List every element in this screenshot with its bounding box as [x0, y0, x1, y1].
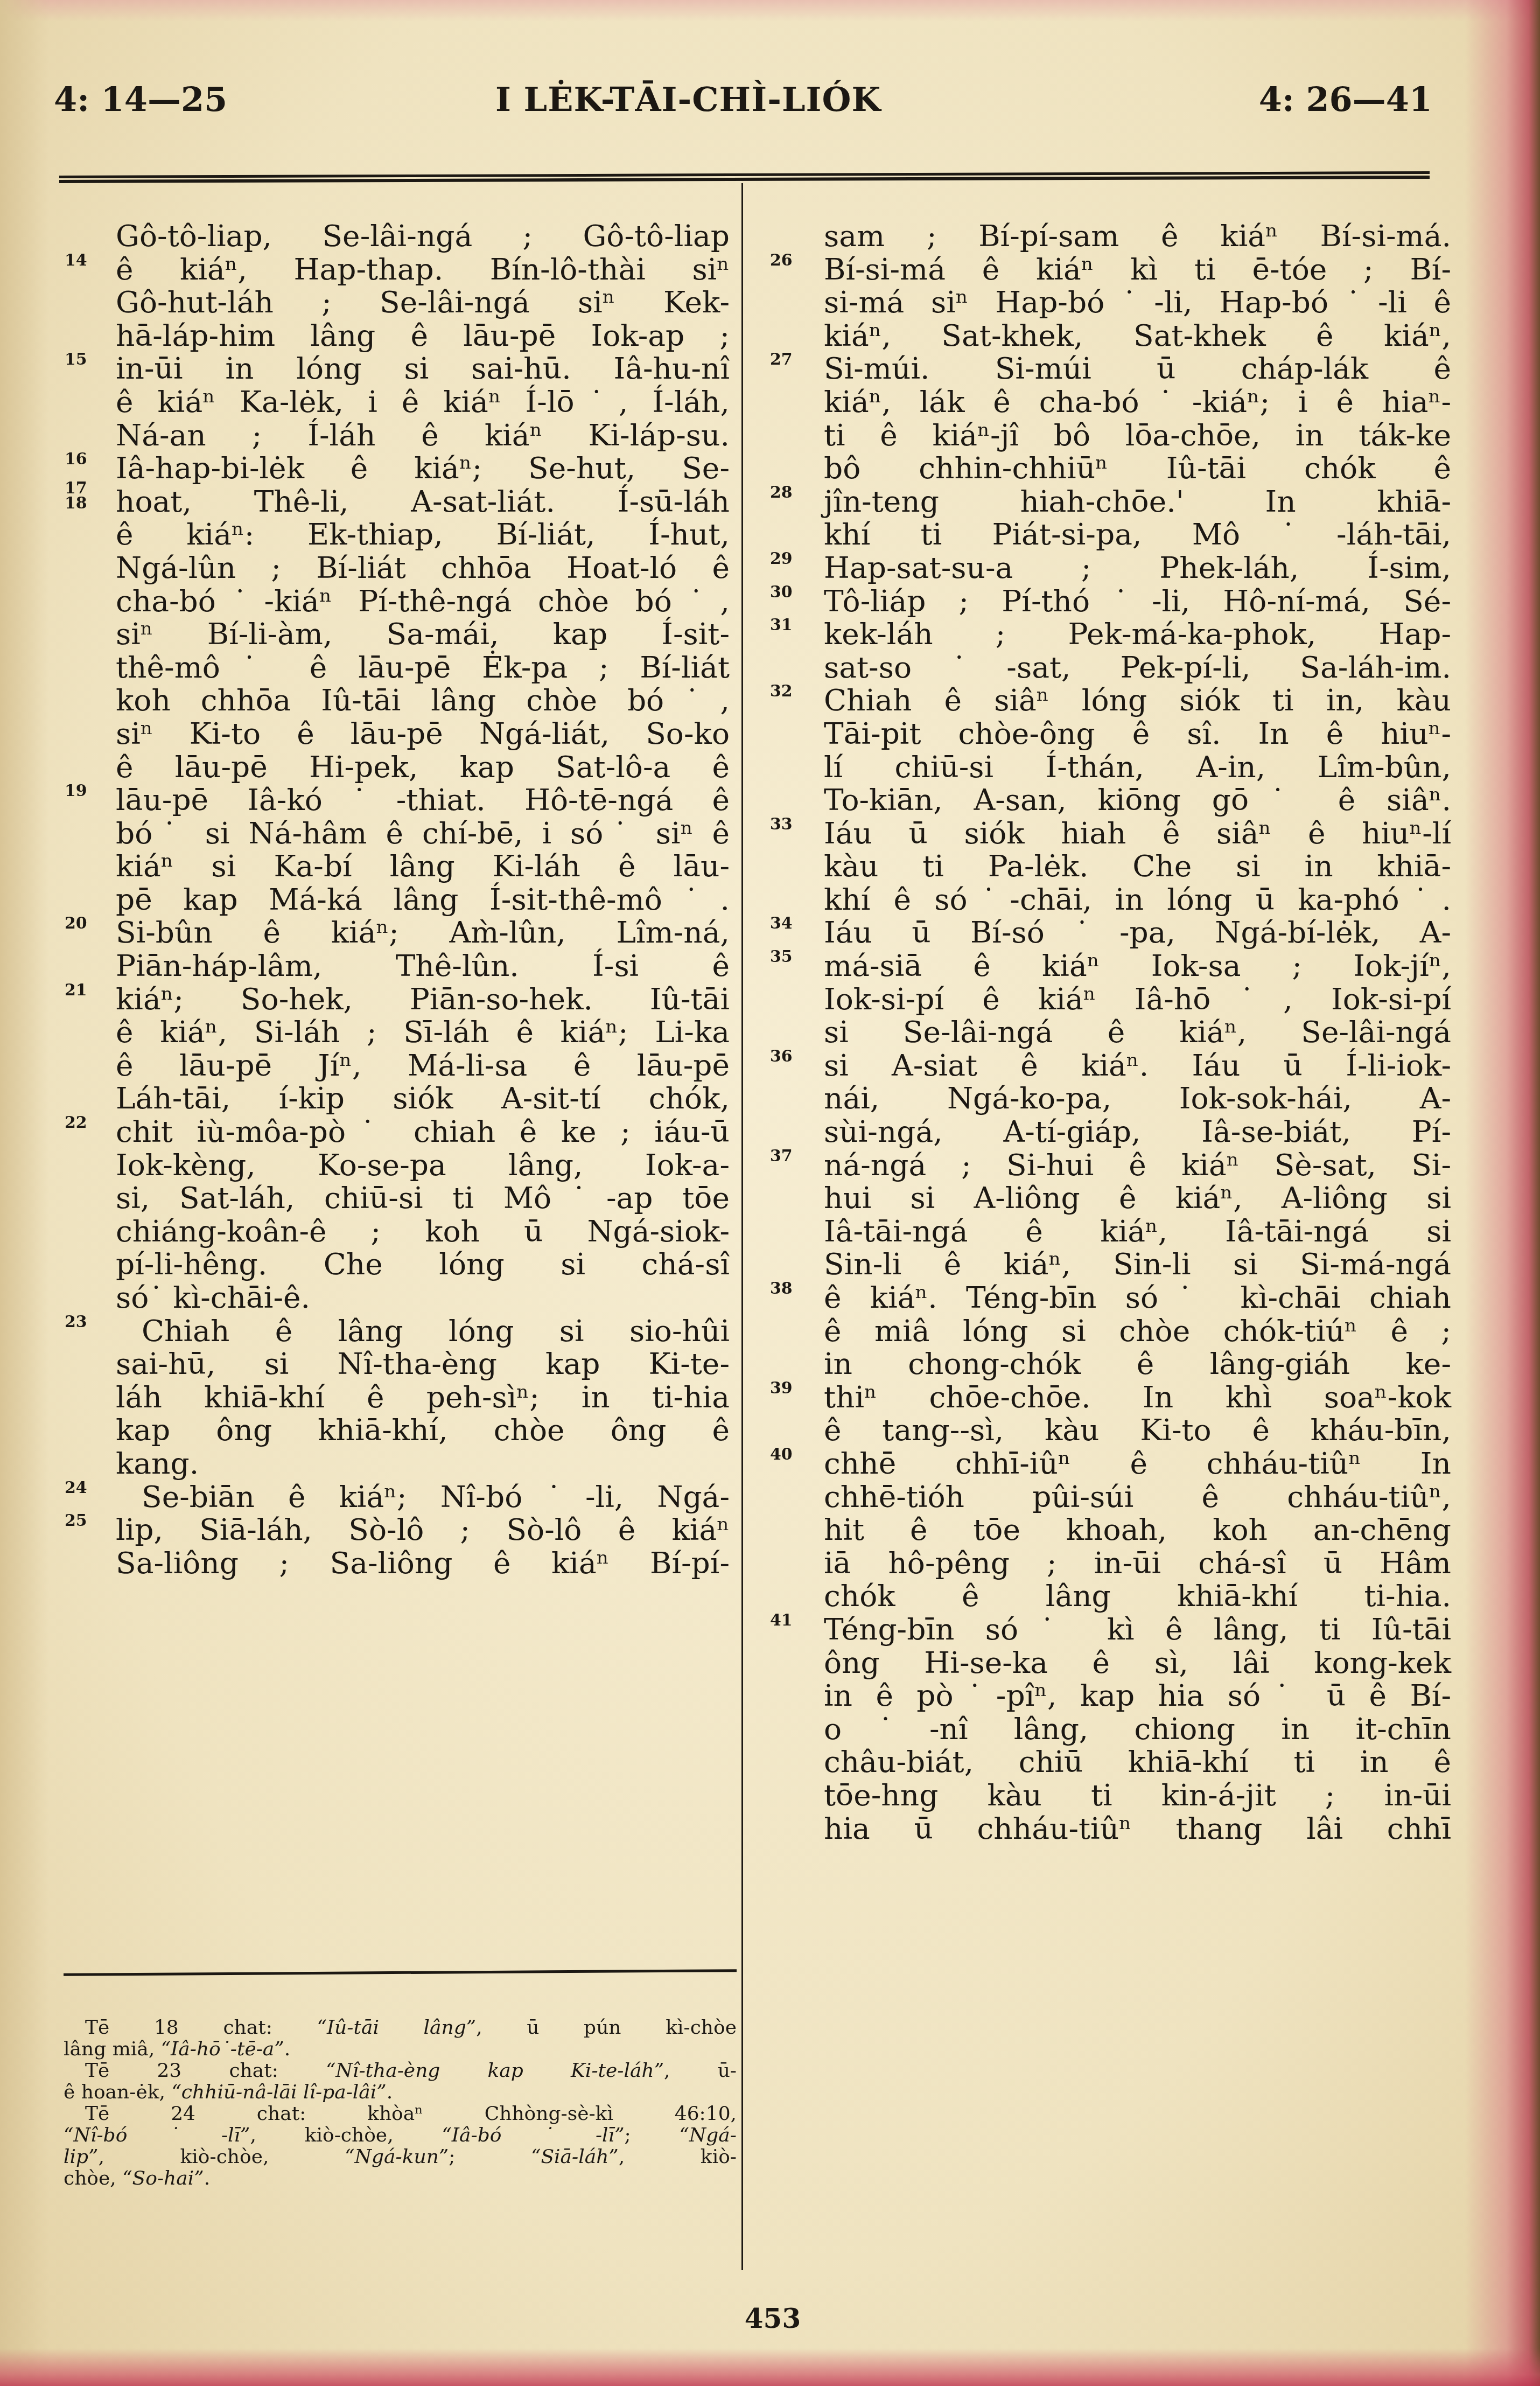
footnote-quote: “chhiū-nâ-lāi lî-pa-lâi”	[171, 2081, 386, 2103]
text-line: 27Si-múi. Si-múi ū cháp-lák ê	[770, 352, 1451, 386]
text-line: ê kiáⁿ: Ek-thiap, Bí-liát, Í-hut,	[65, 518, 730, 552]
footnote-quote: “Siā-láh”	[531, 2146, 619, 2168]
footnote-quote: “Iâ-hō˙-tē-a”	[161, 2038, 284, 2060]
verse-text: Si-bûn ê kiáⁿ; Am̀-lûn, Lîm-ná,	[116, 916, 730, 950]
text-line: 37ná-ngá ; Si-hui ê kiáⁿ Sè-sat, Si-	[770, 1149, 1451, 1182]
verse-text: Iâ-hap-bi-lėk ê kiáⁿ; Se-hut, Se-	[116, 452, 730, 485]
verse-text: kiáⁿ, Sat-khek, Sat-khek ê kiáⁿ,	[824, 319, 1451, 353]
verse-text: Ná-an ; Í-láh ê kiáⁿ Ki-láp-su.	[116, 419, 730, 452]
verse-text: sat-so˙-sat, Pek-pí-li, Sa-láh-im.	[824, 651, 1451, 685]
footnote-quote: “Ngá-kun”	[345, 2146, 449, 2168]
footnote-text: ê hoan-ėk,	[64, 2081, 171, 2103]
text-line: hā-láp-him lâng ê lāu-pē Iok-ap ;	[65, 319, 730, 353]
text-line: si-má siⁿ Hap-bó˙-li, Hap-bó˙-li ê	[770, 286, 1451, 319]
text-line: 21kiáⁿ; So-hek, Piān-so-hek. Iû-tāi	[65, 983, 730, 1016]
footnote-line: chòe, “So-hai”.	[64, 2168, 737, 2189]
verse-text: lip, Siā-láh, Sò-lô ; Sò-lô ê kiáⁿ	[116, 1513, 730, 1547]
verse-number: 28	[770, 482, 793, 504]
verse-number: 40	[770, 1444, 793, 1466]
text-line: pí-li-hêng. Che lóng si chá-sî	[65, 1248, 730, 1281]
verse-text: ê miâ lóng si chòe chók-tiúⁿ ê ;	[824, 1315, 1451, 1348]
verse-number: 1718	[65, 481, 87, 511]
text-line: siⁿ Ki-to ê lāu-pē Ngá-liát, So-ko	[65, 717, 730, 751]
text-line: 25lip, Siā-láh, Sò-lô ; Sò-lô ê kiáⁿ	[65, 1513, 730, 1547]
verse-number: 22	[65, 1112, 87, 1134]
text-line: ê tang--sì, kàu Ki-to ê kháu-bīn,	[770, 1414, 1451, 1447]
footnote-quote: “So-hai”	[122, 2167, 204, 2189]
text-line: in chong-chók ê lâng-giáh ke-	[770, 1348, 1451, 1381]
verse-text: chók ê lâng khiā-khí ti-hia.	[824, 1580, 1451, 1613]
verse-text: pí-li-hêng. Che lóng si chá-sî	[116, 1248, 730, 1281]
text-line: sai-hū, si Nî-tha-èng kap Ki-te-	[65, 1348, 730, 1381]
verse-text: ông Hi-se-ka ê sì, lâi kong-kek	[824, 1647, 1451, 1680]
page-edge-top-stain	[0, 0, 1540, 22]
verse-text: má-siā ê kiáⁿ Iok-sa ; Iok-jíⁿ,	[824, 950, 1451, 983]
text-line: in ê pò˙-pîⁿ, kap hia só˙ ū ê Bí-	[770, 1679, 1451, 1713]
footnote-line: lâng miâ, “Iâ-hō˙-tē-a”.	[64, 2039, 737, 2060]
text-line: sùi-ngá, A-tí-giáp, Iâ-se-biát, Pí-	[770, 1115, 1451, 1149]
verse-text: kek-láh ; Pek-má-ka-phok, Hap-	[824, 618, 1451, 651]
text-line: khí ti Piát-si-pa, Mô˙-láh-tāi,	[770, 518, 1451, 552]
verse-number: 27	[770, 349, 793, 371]
text-line: Gô-hut-láh ; Se-lâi-ngá siⁿ Kek-	[65, 286, 730, 319]
text-line: bô chhin-chhiūⁿ Iû-tāi chók ê	[770, 452, 1451, 485]
text-line: ê kiáⁿ Ka-lėk, i ê kiáⁿ Í-lō˙, Í-láh,	[65, 386, 730, 419]
verse-text: ê lāu-pē Jíⁿ, Má-li-sa ê lāu-pē	[116, 1049, 730, 1083]
text-line: Tāi-pit chòe-ông ê sî. In ê hiuⁿ-	[770, 717, 1451, 751]
text-line: 20Si-bûn ê kiáⁿ; Am̀-lûn, Lîm-ná,	[65, 916, 730, 950]
footnote-quote: “Nî-tha-èng kap Ki-te-láh”	[326, 2060, 664, 2082]
verse-text: iā hô-pêng ; in-ūi chá-sî ū Hâm	[824, 1547, 1451, 1580]
verse-text: siⁿ Bí-li-àm, Sa-mái, kap Í-sit-	[116, 618, 730, 651]
verse-text: ê lāu-pē Hi-pek, kap Sat-lô-a ê	[116, 751, 730, 784]
verse-text: Sin-li ê kiáⁿ, Sin-li si Si-má-ngá	[824, 1248, 1451, 1281]
footnote-text: Tē 18 chat:	[85, 2017, 317, 2039]
verse-text: Sa-liông ; Sa-liông ê kiáⁿ Bí-pí-	[116, 1547, 730, 1580]
text-line: 24Se-biān ê kiáⁿ; Nî-bó˙-li, Ngá-	[65, 1481, 730, 1514]
text-line: kiáⁿ, Sat-khek, Sat-khek ê kiáⁿ,	[770, 319, 1451, 353]
text-line: koh chhōa Iû-tāi lâng chòe bó˙,	[65, 684, 730, 717]
page-edge-right-stain	[1465, 0, 1540, 2386]
verse-text: kiáⁿ, lák ê cha-bó˙-kiáⁿ; i ê hiaⁿ-	[824, 386, 1451, 419]
verse-text: ná-ngá ; Si-hui ê kiáⁿ Sè-sat, Si-	[824, 1149, 1451, 1182]
verse-number: 25	[65, 1510, 87, 1532]
verse-text: tōe-hng kàu ti kin-á-jit ; in-ūi	[824, 1779, 1451, 1812]
book-page: 4: 14—25 I LĖK-TĀI-CHÌ-LIÓK 4: 26—41 Gô-…	[0, 0, 1540, 2386]
text-line: 36si A-siat ê kiáⁿ. Iáu ū Í-li-iok-	[770, 1049, 1451, 1083]
text-line: 30Tô-liáp ; Pí-thó˙-li, Hô-ní-má, Sé-	[770, 585, 1451, 618]
text-line: pē kap Má-ká lâng Í-sit-thê-mô˙.	[65, 883, 730, 917]
verse-text: Bí-si-má ê kiáⁿ kì ti ē-tóe ; Bí-	[824, 253, 1451, 287]
verse-text: ê kiáⁿ. Téng-bīn só˙ kì-chāi chiah	[824, 1281, 1451, 1315]
verse-text: si, Sat-láh, chiū-si ti Mô˙-ap tōe	[116, 1182, 730, 1215]
footnote-text: ;	[625, 2124, 680, 2146]
text-line: 19lāu-pē Iâ-kó˙-thiat. Hô-tē-ngá ê	[65, 784, 730, 817]
text-line: 23Chiah ê lâng lóng si sio-hûi	[65, 1315, 730, 1348]
verse-text: nái, Ngá-ko-pa, Iok-sok-hái, A-	[824, 1082, 1451, 1115]
right-column: sam ; Bí-pí-sam ê kiáⁿ Bí-si-má.26Bí-si-…	[770, 220, 1451, 1845]
verse-number: 31	[770, 615, 793, 636]
text-line: siⁿ Bí-li-àm, Sa-mái, kap Í-sit-	[65, 618, 730, 651]
text-line: 1718hoat, Thê-li, A-sat-liát. Í-sū-láh	[65, 485, 730, 519]
verse-text: in ê pò˙-pîⁿ, kap hia só˙ ū ê Bí-	[824, 1679, 1451, 1713]
text-line: 22chit iù-môa-pò˙ chiah ê ke ; iáu-ū	[65, 1115, 730, 1149]
verse-text: pē kap Má-ká lâng Í-sit-thê-mô˙.	[116, 883, 730, 917]
text-line: chók ê lâng khiā-khí ti-hia.	[770, 1580, 1451, 1613]
text-line: Láh-tāi, í-kip siók A-sit-tí chók,	[65, 1082, 730, 1115]
verse-text: si Se-lâi-ngá ê kiáⁿ, Se-lâi-ngá	[824, 1016, 1451, 1049]
verse-text: Gô-tô-liap, Se-lâi-ngá ; Gô-tô-liap	[116, 220, 730, 253]
verse-number: 21	[65, 980, 87, 1001]
verse-text: siⁿ Ki-to ê lāu-pē Ngá-liát, So-ko	[116, 717, 730, 751]
verse-number: 23	[65, 1311, 87, 1333]
verse-number: 15	[65, 349, 87, 371]
verse-text: kang.	[116, 1447, 730, 1481]
text-line: kiáⁿ si Ka-bí lâng Ki-láh ê lāu-	[65, 850, 730, 883]
text-line: khí ê só˙-chāi, in lóng ū ka-phó˙.	[770, 883, 1451, 917]
verse-number: 38	[770, 1278, 793, 1300]
verse-text: hia ū chháu-tiûⁿ thang lâi chhī	[824, 1812, 1451, 1846]
text-line: ê miâ lóng si chòe chók-tiúⁿ ê ;	[770, 1315, 1451, 1348]
text-line: Ngá-lûn ; Bí-liát chhōa Hoat-ló ê	[65, 552, 730, 585]
text-line: thê-mô˙ ê lāu-pē Ėk-pa ; Bí-liát	[65, 651, 730, 685]
verse-text: si A-siat ê kiáⁿ. Iáu ū Í-li-iok-	[824, 1049, 1451, 1083]
verse-text: cha-bó˙-kiáⁿ Pí-thê-ngá chòe bó˙,	[116, 585, 730, 618]
column-divider	[741, 183, 743, 2270]
footnote-text: , ū-	[664, 2060, 737, 2082]
text-line: 29Hap-sat-su-a ; Phek-láh, Í-sim,	[770, 552, 1451, 585]
verse-text: Iok-kèng, Ko-se-pa lâng, Iok-a-	[116, 1149, 730, 1182]
text-line: Sa-liông ; Sa-liông ê kiáⁿ Bí-pí-	[65, 1547, 730, 1580]
verse-number: 20	[65, 913, 87, 934]
verse-text: Se-biān ê kiáⁿ; Nî-bó˙-li, Ngá-	[116, 1481, 730, 1514]
footnote-text: , kiò-	[619, 2146, 737, 2168]
text-line: Piān-háp-lâm, Thê-lûn. Í-si ê	[65, 950, 730, 983]
footnote-text: Tē 23 chat:	[85, 2060, 326, 2082]
text-line: ti ê kiáⁿ-jî bô lōa-chōe, in ták-ke	[770, 419, 1451, 452]
text-line: 35má-siā ê kiáⁿ Iok-sa ; Iok-jíⁿ,	[770, 950, 1451, 983]
verse-text: lí chiū-si Í-thán, A-in, Lîm-bûn,	[824, 751, 1451, 784]
verse-text: hoat, Thê-li, A-sat-liát. Í-sū-láh	[116, 485, 730, 519]
verse-text: Piān-háp-lâm, Thê-lûn. Í-si ê	[116, 950, 730, 983]
header-double-rule	[59, 171, 1430, 183]
verse-text: chiáng-koân-ê ; koh ū Ngá-siok-	[116, 1215, 730, 1248]
verse-text: kàu ti Pa-lėk. Che si in khiā-	[824, 850, 1451, 883]
text-line: 33Iáu ū siók hiah ê siâⁿ ê hiuⁿ-lí	[770, 817, 1451, 850]
verse-number: 32	[770, 681, 793, 702]
verse-text: bó˙ si Ná-hâm ê chí-bē, i só˙ siⁿ ê	[116, 817, 730, 850]
text-line: 38ê kiáⁿ. Téng-bīn só˙ kì-chāi chiah	[770, 1281, 1451, 1315]
text-line: sat-so˙-sat, Pek-pí-li, Sa-láh-im.	[770, 651, 1451, 685]
text-line: hui si A-liông ê kiáⁿ, A-liông si	[770, 1182, 1451, 1215]
verse-text: To-kiān, A-san, kiōng gō˙ ê siâⁿ.	[824, 784, 1451, 817]
text-line: 32Chiah ê siâⁿ lóng siók ti in, kàu	[770, 684, 1451, 717]
verse-number: 37	[770, 1146, 793, 1167]
text-line: cha-bó˙-kiáⁿ Pí-thê-ngá chòe bó˙,	[65, 585, 730, 618]
verse-text: chhē chhī-iûⁿ ê chháu-tiûⁿ In	[824, 1447, 1451, 1481]
text-line: kap ông khiā-khí, chòe ông ê	[65, 1414, 730, 1447]
text-line: 34Iáu ū Bí-só˙-pa, Ngá-bí-lėk, A-	[770, 916, 1451, 950]
text-line: kiáⁿ, lák ê cha-bó˙-kiáⁿ; i ê hiaⁿ-	[770, 386, 1451, 419]
footnote-line: lip”, kiò-chòe, “Ngá-kun”; “Siā-láh”, ki…	[64, 2146, 737, 2168]
text-line: 14ê kiáⁿ, Hap-thap. Bín-lô-thài siⁿ	[65, 253, 730, 287]
verse-number: 19	[65, 780, 87, 802]
footnote-rule	[64, 1969, 737, 1976]
page-gutter-shadow	[0, 0, 48, 2386]
running-head: 4: 14—25 I LĖK-TĀI-CHÌ-LIÓK 4: 26—41	[54, 78, 1432, 121]
verse-number: 35	[770, 946, 793, 968]
verse-text: Iáu ū Bí-só˙-pa, Ngá-bí-lėk, A-	[824, 916, 1451, 950]
verse-text: Tô-liáp ; Pí-thó˙-li, Hô-ní-má, Sé-	[824, 585, 1451, 618]
footnote-quote: lip”	[64, 2146, 98, 2168]
verse-text: hui si A-liông ê kiáⁿ, A-liông si	[824, 1182, 1451, 1215]
text-line: Ná-an ; Í-láh ê kiáⁿ Ki-láp-su.	[65, 419, 730, 452]
footnote-quote: “Iû-tāi lâng”	[317, 2017, 476, 2039]
footnote-text: lâng miâ,	[64, 2038, 161, 2060]
text-line: Iok-kèng, Ko-se-pa lâng, Iok-a-	[65, 1149, 730, 1182]
verse-text: chhē-tióh pûi-súi ê chháu-tiûⁿ,	[824, 1481, 1451, 1514]
footnote-text: ;	[449, 2146, 531, 2168]
footnote-line: “Nî-bó˙-lī”, kiò-chòe, “Iâ-bó˙-lī”; “Ngá…	[64, 2125, 737, 2146]
verse-text: Iâ-tāi-ngá ê kiáⁿ, Iâ-tāi-ngá si	[824, 1215, 1451, 1248]
verse-text: kiáⁿ; So-hek, Piān-so-hek. Iû-tāi	[116, 983, 730, 1016]
text-line: 28jîn-teng hiah-chōe.' In khiā-	[770, 485, 1451, 519]
verse-text: Téng-bīn só˙ kì ê lâng, ti Iû-tāi	[824, 1613, 1451, 1647]
verse-text: Tāi-pit chòe-ông ê sî. In ê hiuⁿ-	[824, 717, 1451, 751]
verse-text: hit ê tōe khoah, koh an-chēng	[824, 1513, 1451, 1547]
footnote-text: , kiò-chòe,	[250, 2124, 442, 2146]
verse-text: si-má siⁿ Hap-bó˙-li, Hap-bó˙-li ê	[824, 286, 1451, 319]
verse-number: 16	[65, 449, 87, 470]
verse-text: thiⁿ chōe-chōe. In khì soaⁿ-kok	[824, 1381, 1451, 1414]
footnote-quote: “Ngá-	[679, 2124, 737, 2146]
verse-text: ti ê kiáⁿ-jî bô lōa-chōe, in ták-ke	[824, 419, 1451, 452]
text-line: 40chhē chhī-iûⁿ ê chháu-tiûⁿ In	[770, 1447, 1451, 1481]
footnote-line: ê hoan-ėk, “chhiū-nâ-lāi lî-pa-lâi”.	[64, 2082, 737, 2103]
verse-text: koh chhōa Iû-tāi lâng chòe bó˙,	[116, 684, 730, 717]
verse-text: Chiah ê lâng lóng si sio-hûi	[116, 1315, 730, 1348]
footnote-line: Tē 23 chat: “Nî-tha-èng kap Ki-te-láh”, …	[64, 2060, 737, 2082]
verse-text: khí ê só˙-chāi, in lóng ū ka-phó˙.	[824, 883, 1451, 917]
verse-number: 29	[770, 548, 793, 570]
verse-number: 41	[770, 1610, 793, 1631]
verse-text: ê tang--sì, kàu Ki-to ê kháu-bīn,	[824, 1414, 1451, 1447]
text-line: tōe-hng kàu ti kin-á-jit ; in-ūi	[770, 1779, 1451, 1812]
footnotes: Tē 18 chat: “Iû-tāi lâng”, ū pún kì-chòe…	[64, 2017, 737, 2189]
verse-text: Chiah ê siâⁿ lóng siók ti in, kàu	[824, 684, 1451, 717]
text-line: 31kek-láh ; Pek-má-ka-phok, Hap-	[770, 618, 1451, 651]
verse-text: ê kiáⁿ, Hap-thap. Bín-lô-thài siⁿ	[116, 253, 730, 287]
text-line: 26Bí-si-má ê kiáⁿ kì ti ē-tóe ; Bí-	[770, 253, 1451, 287]
text-line: si, Sat-láh, chiū-si ti Mô˙-ap tōe	[65, 1182, 730, 1215]
verse-text: kap ông khiā-khí, chòe ông ê	[116, 1414, 730, 1447]
text-line: só˙ kì-chāi-ê.	[65, 1281, 730, 1315]
running-head-right-range: 4: 26—41	[1259, 78, 1432, 121]
text-line: iā hô-pêng ; in-ūi chá-sî ū Hâm	[770, 1547, 1451, 1580]
footnote-quote: “Iâ-bó˙-lī”	[442, 2124, 624, 2146]
text-line: 41Téng-bīn só˙ kì ê lâng, ti Iû-tāi	[770, 1613, 1451, 1647]
verse-text: Gô-hut-láh ; Se-lâi-ngá siⁿ Kek-	[116, 286, 730, 319]
verse-text: khí ti Piát-si-pa, Mô˙-láh-tāi,	[824, 518, 1451, 552]
verse-text: châu-biát, chiū khiā-khí ti in ê	[824, 1746, 1451, 1779]
verse-text: in-ūi in lóng si sai-hū. Iâ-hu-nî	[116, 352, 730, 386]
verse-number: 30	[770, 582, 793, 603]
footnote-line: Tē 18 chat: “Iû-tāi lâng”, ū pún kì-chòe	[64, 2017, 737, 2039]
verse-number: 26	[770, 250, 793, 271]
footnote-text: .	[387, 2081, 393, 2103]
verse-text: Si-múi. Si-múi ū cháp-lák ê	[824, 352, 1451, 386]
verse-text: sam ; Bí-pí-sam ê kiáⁿ Bí-si-má.	[824, 220, 1451, 253]
verse-text: sai-hū, si Nî-tha-èng kap Ki-te-	[116, 1348, 730, 1381]
footnote-text: , ū pún kì-chòe	[476, 2017, 737, 2039]
verse-text: Hap-sat-su-a ; Phek-láh, Í-sim,	[824, 552, 1451, 585]
verse-text: chit iù-môa-pò˙ chiah ê ke ; iáu-ū	[116, 1115, 730, 1149]
verse-text: só˙ kì-chāi-ê.	[116, 1281, 730, 1315]
verse-text: láh khiā-khí ê peh-sìⁿ; in ti-hia	[116, 1381, 730, 1414]
verse-text: jîn-teng hiah-chōe.' In khiā-	[824, 485, 1451, 519]
verse-text: ê kiáⁿ Ka-lėk, i ê kiáⁿ Í-lō˙, Í-láh,	[116, 386, 730, 419]
text-line: 39thiⁿ chōe-chōe. In khì soaⁿ-kok	[770, 1381, 1451, 1414]
verse-text: in chong-chók ê lâng-giáh ke-	[824, 1348, 1451, 1381]
text-line: nái, Ngá-ko-pa, Iok-sok-hái, A-	[770, 1082, 1451, 1115]
verse-text: ê kiáⁿ: Ek-thiap, Bí-liát, Í-hut,	[116, 518, 730, 552]
text-line: To-kiān, A-san, kiōng gō˙ ê siâⁿ.	[770, 784, 1451, 817]
text-line: ê lāu-pē Hi-pek, kap Sat-lô-a ê	[65, 751, 730, 784]
verse-text: thê-mô˙ ê lāu-pē Ėk-pa ; Bí-liát	[116, 651, 730, 685]
text-line: ê lāu-pē Jíⁿ, Má-li-sa ê lāu-pē	[65, 1049, 730, 1083]
verse-text: Iok-si-pí ê kiáⁿ Iâ-hō˙, Iok-si-pí	[824, 983, 1451, 1016]
footnote-text: Tē 24 chat: khòaⁿ Chhòng-sè-kì 46:10,	[85, 2103, 737, 2125]
text-line: ê kiáⁿ, Si-láh ; Sī-láh ê kiáⁿ; Li-ka	[65, 1016, 730, 1049]
text-line: lí chiū-si Í-thán, A-in, Lîm-bûn,	[770, 751, 1451, 784]
text-line: Iok-si-pí ê kiáⁿ Iâ-hō˙, Iok-si-pí	[770, 983, 1451, 1016]
verse-text: bô chhin-chhiūⁿ Iû-tāi chók ê	[824, 452, 1451, 485]
verse-number: 39	[770, 1378, 793, 1399]
verse-text: o˙-nî lâng, chiong in it-chīn	[824, 1713, 1451, 1746]
verse-text: Ngá-lûn ; Bí-liát chhōa Hoat-ló ê	[116, 552, 730, 585]
text-line: o˙-nî lâng, chiong in it-chīn	[770, 1713, 1451, 1746]
verse-text: Iáu ū siók hiah ê siâⁿ ê hiuⁿ-lí	[824, 817, 1451, 850]
text-line: si Se-lâi-ngá ê kiáⁿ, Se-lâi-ngá	[770, 1016, 1451, 1049]
verse-text: ê kiáⁿ, Si-láh ; Sī-láh ê kiáⁿ; Li-ka	[116, 1016, 730, 1049]
text-line: hit ê tōe khoah, koh an-chēng	[770, 1513, 1451, 1547]
footnote-quote: “Nî-bó˙-lī”	[64, 2124, 250, 2146]
text-line: 16Iâ-hap-bi-lėk ê kiáⁿ; Se-hut, Se-	[65, 452, 730, 485]
text-line: hia ū chháu-tiûⁿ thang lâi chhī	[770, 1812, 1451, 1846]
text-line: Iâ-tāi-ngá ê kiáⁿ, Iâ-tāi-ngá si	[770, 1215, 1451, 1248]
text-line: chiáng-koân-ê ; koh ū Ngá-siok-	[65, 1215, 730, 1248]
text-line: kàu ti Pa-lėk. Che si in khiā-	[770, 850, 1451, 883]
footnote-text: .	[284, 2038, 290, 2060]
text-line: sam ; Bí-pí-sam ê kiáⁿ Bí-si-má.	[770, 220, 1451, 253]
verse-text: lāu-pē Iâ-kó˙-thiat. Hô-tē-ngá ê	[116, 784, 730, 817]
page-edge-bottom-stain	[0, 2348, 1540, 2386]
verse-text: kiáⁿ si Ka-bí lâng Ki-láh ê lāu-	[116, 850, 730, 883]
text-line: bó˙ si Ná-hâm ê chí-bē, i só˙ siⁿ ê	[65, 817, 730, 850]
text-line: Gô-tô-liap, Se-lâi-ngá ; Gô-tô-liap	[65, 220, 730, 253]
verse-number: 36	[770, 1046, 793, 1068]
left-column: Gô-tô-liap, Se-lâi-ngá ; Gô-tô-liap14ê k…	[65, 220, 730, 1580]
text-line: láh khiā-khí ê peh-sìⁿ; in ti-hia	[65, 1381, 730, 1414]
text-line: chhē-tióh pûi-súi ê chháu-tiûⁿ,	[770, 1481, 1451, 1514]
footnote-text: .	[204, 2167, 210, 2189]
footnote-text: chòe,	[64, 2167, 122, 2189]
footnote-line: Tē 24 chat: khòaⁿ Chhòng-sè-kì 46:10,	[64, 2103, 737, 2125]
text-line: 15in-ūi in lóng si sai-hū. Iâ-hu-nî	[65, 352, 730, 386]
text-line: ông Hi-se-ka ê sì, lâi kong-kek	[770, 1647, 1451, 1680]
text-line: châu-biát, chiū khiā-khí ti in ê	[770, 1746, 1451, 1779]
footnote-text: , kiò-chòe,	[98, 2146, 345, 2168]
verse-text: Láh-tāi, í-kip siók A-sit-tí chók,	[116, 1082, 730, 1115]
verse-number: 24	[65, 1477, 87, 1499]
verse-number: 33	[770, 814, 793, 835]
text-line: Sin-li ê kiáⁿ, Sin-li si Si-má-ngá	[770, 1248, 1451, 1281]
verse-number: 14	[65, 250, 87, 271]
page-number: 453	[719, 2303, 827, 2334]
running-head-left-range: 4: 14—25	[54, 78, 227, 121]
verse-text: hā-láp-him lâng ê lāu-pē Iok-ap ;	[116, 319, 730, 353]
text-line: kang.	[65, 1447, 730, 1481]
verse-number: 34	[770, 913, 793, 934]
running-head-book-title: I LĖK-TĀI-CHÌ-LIÓK	[495, 78, 881, 121]
verse-text: sùi-ngá, A-tí-giáp, Iâ-se-biát, Pí-	[824, 1115, 1451, 1149]
